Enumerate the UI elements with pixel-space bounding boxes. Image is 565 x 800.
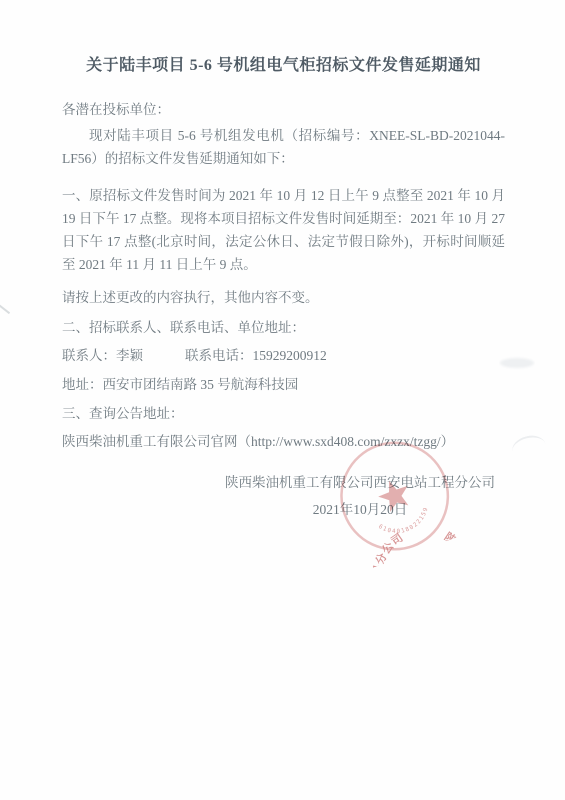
note-line: 请按上述更改的内容执行，其他内容不变。 <box>62 286 505 309</box>
announcement-site-line: 陕西柴油机重工有限公司官网（http://www.sxd408.com/zxzx… <box>62 430 505 453</box>
contact-line: 联系人：李颖联系电话：15929200912 <box>62 344 505 367</box>
svg-text:陕西柴油机重工有限公司西安电站工程分公司: 陕西柴油机重工有限公司西安电站工程分公司 <box>355 508 474 573</box>
contact-phone-label: 联系电话： <box>185 348 253 363</box>
scan-artifact-smudge <box>500 358 534 368</box>
intro-paragraph: 现对陆丰项目 5-6 号机组发电机（招标编号：XNEE-SL-BD-202104… <box>62 124 505 170</box>
section3-heading: 三、查询公告地址： <box>62 402 505 425</box>
seal-ring-text: 陕西柴油机重工有限公司西安电站工程分公司 <box>355 508 474 573</box>
section2-heading: 二、招标联系人、联系电话、单位地址： <box>62 316 505 339</box>
page-title: 关于陆丰项目 5-6 号机组电气柜招标文件发售延期通知 <box>62 54 505 78</box>
signature-company: 陕西柴油机重工有限公司西安电站工程分公司 <box>215 474 505 491</box>
salutation: 各潜在投标单位： <box>62 98 505 121</box>
signature-block: 陕西柴油机重工有限公司西安电站工程分公司 2021年10月20日 <box>215 474 505 518</box>
address-label: 地址： <box>62 377 103 392</box>
contact-phone: 15929200912 <box>253 348 327 363</box>
section1-paragraph: 一、原招标文件发售时间为 2021 年 10 月 12 日上午 9 点整至 20… <box>62 184 505 276</box>
scan-artifact-left-mark <box>0 304 10 314</box>
scanned-notice-page: 关于陆丰项目 5-6 号机组电气柜招标文件发售延期通知 各潜在投标单位： 现对陆… <box>0 0 565 800</box>
contact-name-label: 联系人： <box>62 348 116 363</box>
contact-name: 李颖 <box>116 348 143 363</box>
scan-artifact-curve <box>510 432 549 464</box>
address-value: 西安市团结南路 35 号航海科技园 <box>103 377 299 392</box>
address-line: 地址：西安市团结南路 35 号航海科技园 <box>62 373 505 396</box>
signature-date: 2021年10月20日 <box>215 501 505 518</box>
